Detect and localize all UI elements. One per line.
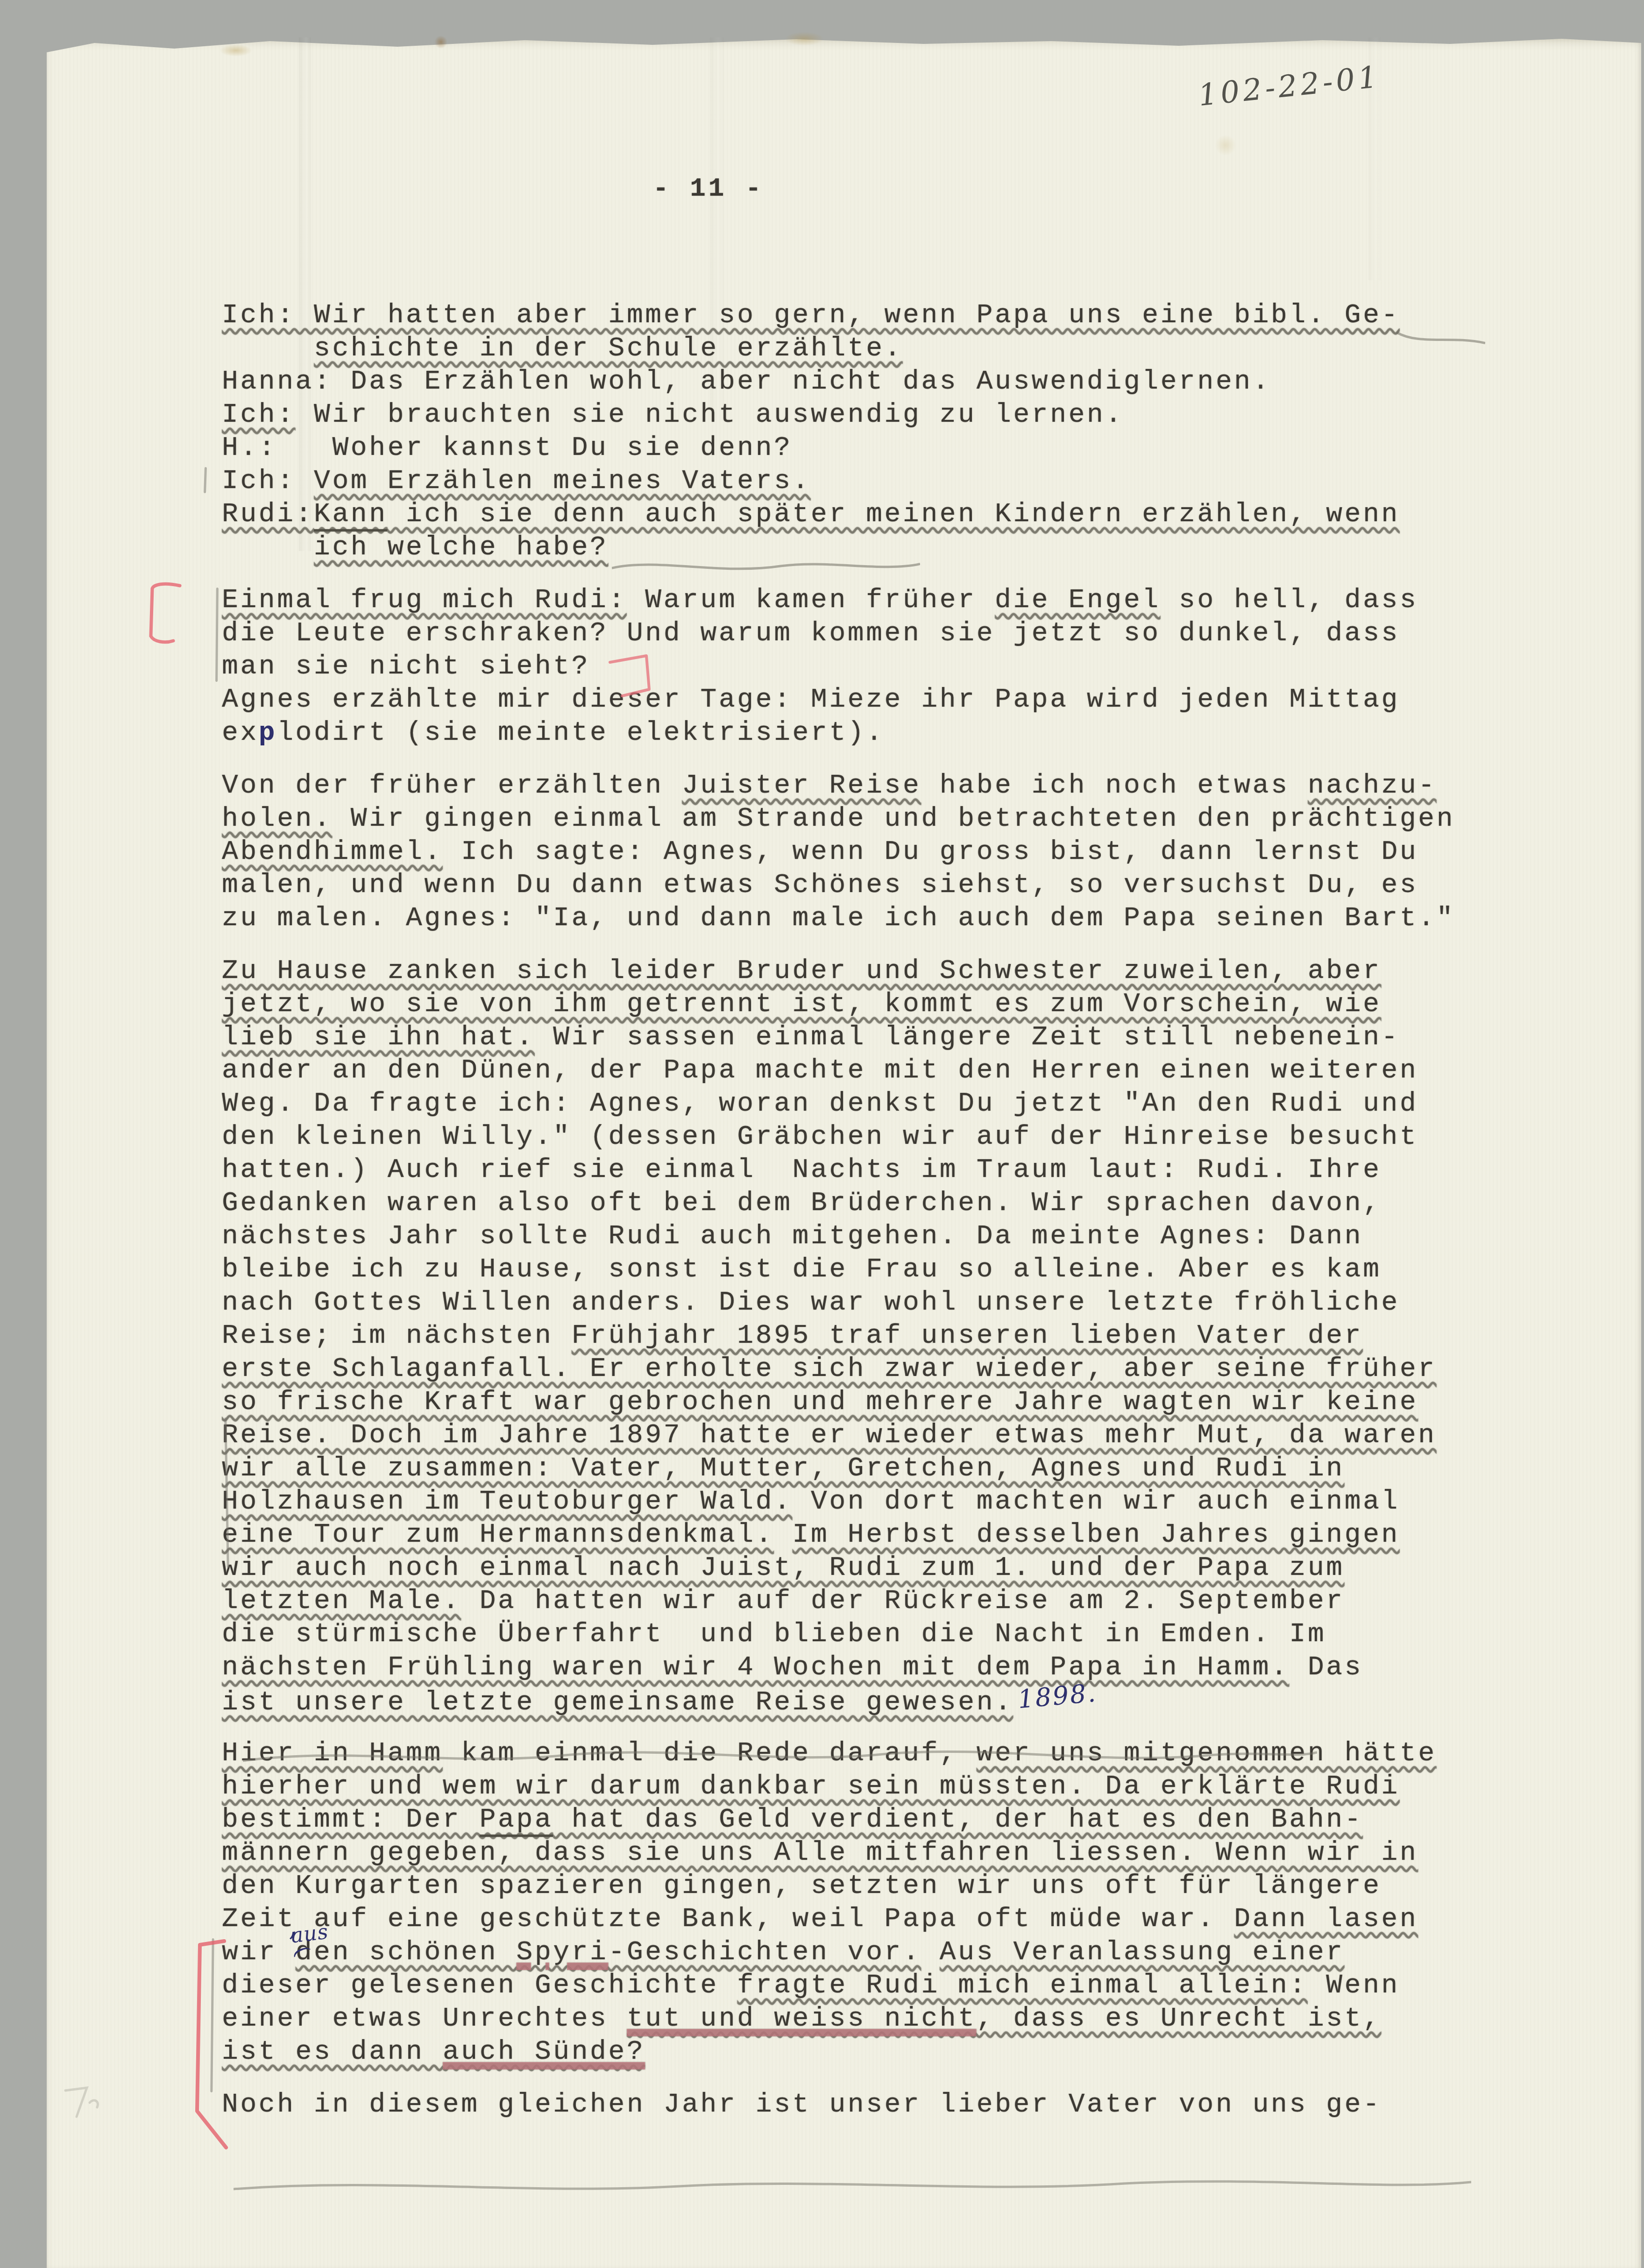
stain	[220, 44, 252, 57]
typed-line: hatten.) Auch rief sie einmal Nachts im …	[222, 1154, 1530, 1187]
paragraph: Von der früher erzählten Juister Reise h…	[222, 769, 1530, 935]
typed-line: H.: Woher kannst Du sie denn?	[222, 432, 1530, 465]
typed-line: jetzt, wo sie von ihm getrennt ist, komm…	[222, 988, 1530, 1021]
typed-line: Hanna: Das Erzählen wohl, aber nicht das…	[222, 365, 1530, 398]
typed-line: nach Gottes Willen anders. Dies war wohl…	[222, 1286, 1530, 1319]
pencil-swash	[234, 2171, 1471, 2199]
paragraph: Hier in Hamm kam einmal die Rede darauf,…	[222, 1737, 1530, 2069]
typed-line: Agnes erzählte mir dieser Tage: Mieze ih…	[222, 683, 1530, 716]
typed-line: Rudi:Kann ich sie denn auch später meine…	[222, 498, 1530, 531]
paragraph: Ich: Wir hatten aber immer so gern, wenn…	[222, 299, 1530, 564]
typed-line: Ich: Vom Erzählen meines Vaters.	[222, 465, 1530, 498]
typed-line: Holzhausen im Teutoburger Wald. Von dort…	[222, 1485, 1530, 1518]
typed-line: den kleinen Willy." (dessen Gräbchen wir…	[222, 1120, 1530, 1154]
typed-line: männern gegeben, dass sie uns Alle mitfa…	[222, 1836, 1530, 1870]
scanned-document-page: { "scan": { "archive_number": "102-22-01…	[0, 0, 1644, 2268]
typed-line: Noch in diesem gleichen Jahr ist unser l…	[222, 2088, 1530, 2121]
typed-line: wir alle zusammen: Vater, Mutter, Gretch…	[222, 1452, 1530, 1485]
typed-line: man sie nicht sieht?	[222, 650, 1530, 683]
typed-line: nächstes Jahr sollte Rudi auch mitgehen.…	[222, 1220, 1530, 1253]
faint-pencil-mark	[61, 2084, 103, 2121]
pencil-swash	[612, 557, 920, 577]
paragraph: Zu Hause zanken sich leider Bruder und S…	[222, 955, 1530, 1717]
typed-line: dieser gelesenen Geschichte fragte Rudi …	[222, 1969, 1530, 2002]
typed-line: die stürmische Überfahrt und blieben die…	[222, 1618, 1530, 1651]
typed-line: eine Tour zum Hermannsdenkmal. Im Herbst…	[222, 1518, 1530, 1552]
stain	[434, 35, 447, 49]
typed-line: Gedanken waren also oft bei dem Brüderch…	[222, 1187, 1530, 1220]
typed-line: letzten Male. Da hatten wir auf der Rück…	[222, 1585, 1530, 1618]
typed-line: Zeit, auf eine geschützte Bank, weil Pap…	[222, 1903, 1530, 1936]
typed-line: malen, und wenn Du dann etwas Schönes si…	[222, 869, 1530, 902]
typed-line: Zu Hause zanken sich leider Bruder und S…	[222, 955, 1530, 988]
typed-line: Einmal frug mich Rudi: Warum kamen frühe…	[222, 584, 1530, 617]
pencil-swash	[1396, 327, 1485, 348]
red-bracket-mark	[191, 1937, 235, 2155]
typed-line: zu malen. Agnes: "Ia, und dann male ich …	[222, 902, 1530, 935]
typed-line: wir ausden schönen Spyri-Geschichten vor…	[222, 1936, 1530, 1969]
typed-line: nächsten Frühling waren wir 4 Wochen mit…	[222, 1651, 1530, 1684]
typed-line: hierher und wem wir darum dankbar sein m…	[222, 1770, 1530, 1803]
typed-line: explodirt (sie meinte elektrisiert).	[222, 716, 1530, 750]
typed-line: ist es dann auch Sünde?	[222, 2035, 1530, 2069]
pencil-swash	[243, 1741, 1317, 1769]
typed-line: Von der früher erzählten Juister Reise h…	[222, 769, 1530, 802]
red-corner-mark	[606, 652, 660, 698]
typed-line: bestimmt: Der Papa hat das Geld verdient…	[222, 1803, 1530, 1836]
stain	[1214, 135, 1237, 155]
typed-line: Reise. Doch im Jahre 1897 hatte er wiede…	[222, 1419, 1530, 1452]
red-bracket-mark	[147, 581, 187, 646]
typed-line: holen. Wir gingen einmal am Strande und …	[222, 802, 1530, 836]
typed-line: ander an den Dünen, der Papa machte mit …	[222, 1054, 1530, 1087]
paragraph: Noch in diesem gleichen Jahr ist unser l…	[222, 2088, 1530, 2121]
typed-line: Ich: Wir brauchten sie nicht auswendig z…	[222, 398, 1530, 432]
page-number: - 11 -	[653, 174, 764, 204]
typed-line: einer etwas Unrechtes tut und weiss nich…	[222, 2002, 1530, 2035]
typed-line: die Leute erschraken? Und warum kommen s…	[222, 617, 1530, 650]
typed-line: erste Schlaganfall. Er erholte sich zwar…	[222, 1353, 1530, 1386]
typed-line: wir auch noch einmal nach Juist, Rudi zu…	[222, 1552, 1530, 1585]
typed-line: lieb sie ihn hat. Wir sassen einmal läng…	[222, 1021, 1530, 1054]
typed-line: so frische Kraft war gebrochen und mehre…	[222, 1386, 1530, 1419]
typed-line: Reise; im nächsten Frühjahr 1895 traf un…	[222, 1319, 1530, 1353]
typed-line: Abendhimmel. Ich sagte: Agnes, wenn Du g…	[222, 836, 1530, 869]
typed-line: den Kurgarten spazieren gingen, setzten …	[222, 1870, 1530, 1903]
typed-line: Ich: Wir hatten aber immer so gern, wenn…	[222, 299, 1530, 332]
typed-line: Weg. Da fragte ich: Agnes, woran denkst …	[222, 1087, 1530, 1120]
typed-line: bleibe ich zu Hause, sonst ist die Frau …	[222, 1253, 1530, 1286]
typed-line: schichte in der Schule erzählte.	[222, 332, 1530, 365]
paragraph: Einmal frug mich Rudi: Warum kamen frühe…	[222, 584, 1530, 750]
stain	[785, 32, 824, 46]
typed-line: ist unsere letzte gemeinsame Reise gewes…	[222, 1684, 1530, 1717]
